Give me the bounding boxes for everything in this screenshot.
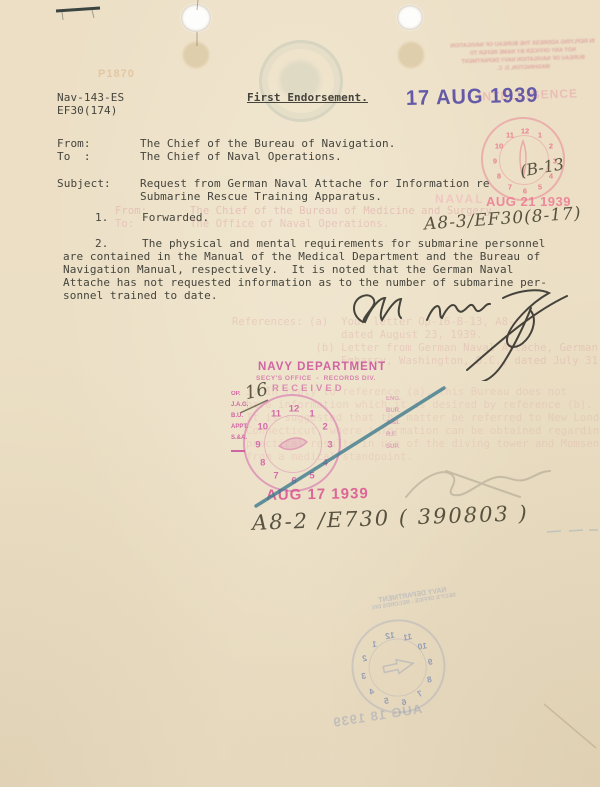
clock-bleedthrough: 121234567891011: [347, 611, 454, 718]
file-code-line1: Nav-143-ES: [57, 91, 124, 104]
punch-hole-tear: [188, 0, 208, 50]
pencil-dashes: [545, 524, 600, 538]
body-line-4: Navigation Manual, respectively. It is n…: [63, 263, 513, 276]
file-code-line2: EF30(174): [57, 104, 118, 117]
ghost-from-value: The Chief of the Bureau of Medicine and …: [190, 205, 492, 217]
navy-dept-bleedthrough: NAVY DEPARTMENT SECY'S OFFICE - RECORDS …: [338, 580, 488, 616]
scanned-document-page: P1870 IN REPLYING ADDRESS THE BUREAU OF …: [0, 0, 600, 787]
teal-check-line: [246, 380, 456, 515]
purple-date-stamp: 17 AUG 1939: [406, 84, 539, 112]
to-label: To :: [57, 150, 91, 163]
subject-line2: Submarine Rescue Training Apparatus.: [140, 190, 382, 203]
naval-stamp: NAVAL: [435, 192, 485, 206]
body-line-1: 1. Forwarded.: [95, 211, 209, 224]
punch-hole-right: [397, 5, 423, 30]
navy-seal-bleedthrough: [259, 40, 343, 122]
subject-label: Subject:: [57, 177, 111, 190]
staple-mark: [48, 2, 108, 32]
subject-line1: Request from German Naval Attache for In…: [140, 177, 490, 190]
punch-hole-shadow-right: [398, 42, 424, 68]
paper-crease: [540, 690, 600, 760]
from-value: The Chief of the Bureau of Navigation.: [140, 137, 395, 150]
body-line-6: sonnel trained to date.: [63, 289, 218, 302]
ghost-to-value: The Office of Naval Operations.: [190, 218, 389, 230]
body-line-3: are contained in the Manual of the Medic…: [63, 250, 540, 263]
letterhead-bleedthrough: IN REPLYING ADDRESS THE BUREAU OF NAVIGA…: [447, 37, 598, 74]
from-label: From:: [57, 137, 91, 150]
faint-file-number: P1870: [98, 68, 135, 80]
to-value: The Chief of Naval Operations.: [140, 150, 342, 163]
document-title: First Endorsement.: [247, 91, 368, 104]
body-line-2: 2. The physical and mental requirements …: [95, 237, 545, 250]
received-stamp-line1: NAVY DEPARTMENT: [258, 361, 386, 373]
